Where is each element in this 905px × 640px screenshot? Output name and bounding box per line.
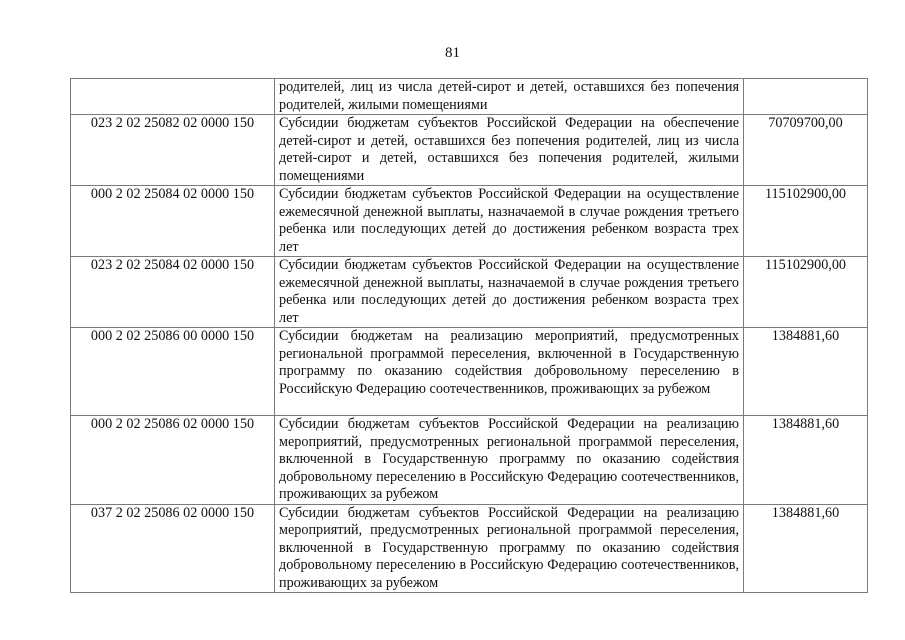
amount-cell: 1384881,60	[744, 504, 868, 593]
description-cell: Субсидии бюджетам субъектов Российской Ф…	[275, 115, 744, 186]
amount-cell	[744, 79, 868, 115]
amount-cell: 115102900,00	[744, 257, 868, 328]
budget-code-cell: 037 2 02 25086 02 0000 150	[71, 504, 275, 593]
table-row: 023 2 02 25082 02 0000 150 Субсидии бюдж…	[71, 115, 868, 186]
budget-code-cell: 000 2 02 25084 02 0000 150	[71, 186, 275, 257]
budget-revenue-table: родителей, лиц из числа детей-сирот и де…	[70, 78, 868, 593]
amount-cell: 1384881,60	[744, 416, 868, 505]
description-cell: Субсидии бюджетам субъектов Российской Ф…	[275, 504, 744, 593]
description-cell: Субсидии бюджетам на реализацию мероприя…	[275, 328, 744, 416]
table-row: 037 2 02 25086 02 0000 150 Субсидии бюдж…	[71, 504, 868, 593]
table-row: родителей, лиц из числа детей-сирот и де…	[71, 79, 868, 115]
table-row: 000 2 02 25086 02 0000 150 Субсидии бюдж…	[71, 416, 868, 505]
amount-cell: 115102900,00	[744, 186, 868, 257]
table-row: 023 2 02 25084 02 0000 150 Субсидии бюдж…	[71, 257, 868, 328]
table-row: 000 2 02 25084 02 0000 150 Субсидии бюдж…	[71, 186, 868, 257]
description-cell: Субсидии бюджетам субъектов Российской Ф…	[275, 416, 744, 505]
budget-code-cell: 023 2 02 25082 02 0000 150	[71, 115, 275, 186]
description-cell: Субсидии бюджетам субъектов Российской Ф…	[275, 186, 744, 257]
budget-code-cell: 000 2 02 25086 00 0000 150	[71, 328, 275, 416]
table-row: 000 2 02 25086 00 0000 150 Субсидии бюдж…	[71, 328, 868, 416]
amount-cell: 1384881,60	[744, 328, 868, 416]
description-cell: Субсидии бюджетам субъектов Российской Ф…	[275, 257, 744, 328]
budget-code-cell: 000 2 02 25086 02 0000 150	[71, 416, 275, 505]
description-cell: родителей, лиц из числа детей-сирот и де…	[275, 79, 744, 115]
budget-code-cell	[71, 79, 275, 115]
page-number: 81	[0, 44, 905, 62]
budget-code-cell: 023 2 02 25084 02 0000 150	[71, 257, 275, 328]
amount-cell: 70709700,00	[744, 115, 868, 186]
